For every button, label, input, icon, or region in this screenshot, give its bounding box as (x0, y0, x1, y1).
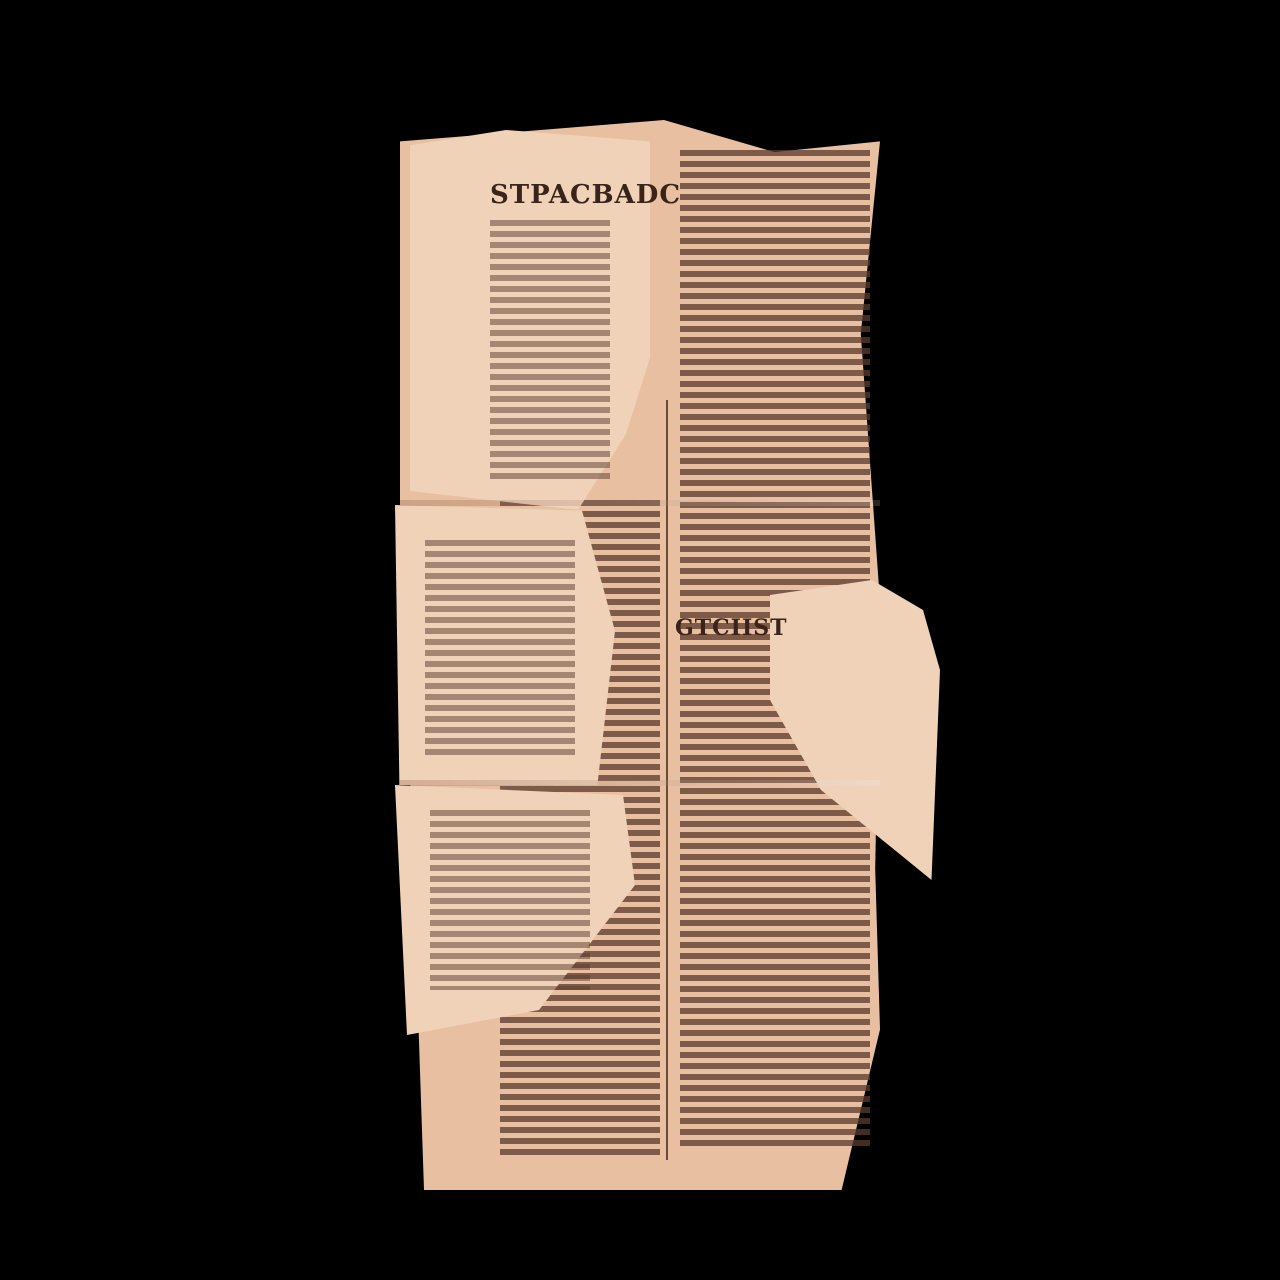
headline-secondary: GTCIIST (675, 615, 788, 641)
text-block-lower-left (430, 810, 590, 990)
text-block-mid-left (425, 540, 575, 760)
fold-line-2 (400, 780, 880, 786)
headline-main: STPACBADC (490, 180, 681, 210)
text-block-top-left (490, 220, 610, 480)
fold-line (400, 500, 880, 506)
